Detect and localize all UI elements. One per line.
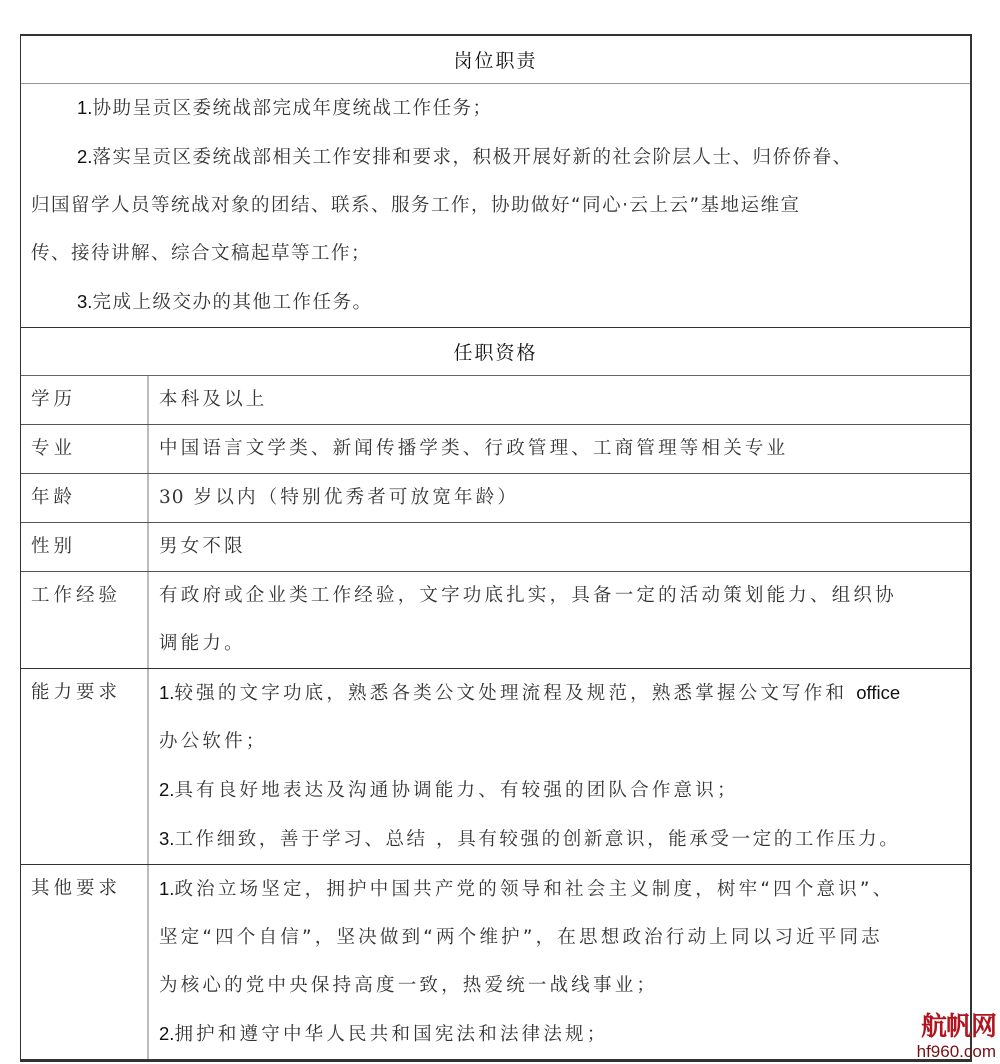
watermark-logo-text: 航帆网: [910, 1012, 996, 1042]
row-label: 专业: [21, 425, 149, 473]
row-label: 其他要求: [21, 865, 149, 1059]
duty-item-2-cont-1: 归国留学人员等统战对象的团结、联系、服务工作，协助做好“同心·云上云”基地运维宣: [31, 182, 960, 230]
other-item-2: 2.拥护和遵守中华人民共和国宪法和法律法规；: [159, 1010, 966, 1059]
row-value: 中国语言文学类、新闻传播学类、行政管理、工商管理等相关专业: [149, 425, 970, 473]
duty-item-3: 3.完成上级交办的其他工作任务。: [31, 278, 960, 327]
row-value: 有政府或企业类工作经验，文字功底扎实，具备一定的活动策划能力、组织协 调能力。: [149, 572, 970, 668]
row-value: 1.政治立场坚定，拥护中国共产党的领导和社会主义制度，树牢“四个意识”、 坚定“…: [149, 865, 970, 1059]
duty-item-2: 2.落实呈贡区委统战部相关工作安排和要求，积极开展好新的社会阶层人士、归侨侨眷、: [31, 133, 960, 182]
row-label: 年龄: [21, 474, 149, 522]
row-label: 能力要求: [21, 669, 149, 864]
watermark-domain: hf960.com: [910, 1042, 996, 1062]
other-item-1-cont-2: 为核心的党中央保持高度一致，热爱统一战线事业；: [159, 962, 966, 1010]
qualification-row-age: 年龄 30 岁以内（特别优秀者可放宽年龄）: [21, 474, 970, 523]
duties-title: 岗位职责: [453, 46, 537, 73]
ability-item-1-cont: 办公软件；: [159, 718, 966, 766]
row-value: 男女不限: [149, 523, 970, 571]
qualification-row-experience: 工作经验 有政府或企业类工作经验，文字功底扎实，具备一定的活动策划能力、组织协 …: [21, 572, 970, 669]
ability-item-1: 1.较强的文字功底，熟悉各类公文处理流程及规范，熟悉掌握公文写作和 office: [159, 669, 966, 718]
row-label: 学历: [21, 376, 149, 424]
section-header-qualifications: 任职资格: [21, 328, 970, 376]
other-item-1: 1.政治立场坚定，拥护中国共产党的领导和社会主义制度，树牢“四个意识”、: [159, 865, 966, 914]
row-value: 30 岁以内（特别优秀者可放宽年龄）: [149, 474, 970, 522]
qualification-row-abilities: 能力要求 1.较强的文字功底，熟悉各类公文处理流程及规范，熟悉掌握公文写作和 o…: [21, 669, 970, 865]
job-description-table: 岗位职责 1.协助呈贡区委统战部完成年度统战工作任务； 2.落实呈贡区委统战部相…: [20, 34, 972, 1062]
duties-content: 1.协助呈贡区委统战部完成年度统战工作任务； 2.落实呈贡区委统战部相关工作安排…: [21, 84, 970, 328]
ability-item-2: 2.具有良好地表达及沟通协调能力、有较强的团队合作意识；: [159, 766, 966, 815]
row-value: 本科及以上: [149, 376, 970, 424]
row-label: 性别: [21, 523, 149, 571]
site-watermark: 航帆网 hf960.com: [910, 1012, 996, 1062]
ability-item-3: 3.工作细致，善于学习、总结 ，具有较强的创新意识，能承受一定的工作压力。: [159, 815, 966, 864]
duty-item-1: 1.协助呈贡区委统战部完成年度统战工作任务；: [31, 84, 960, 133]
section-header-duties: 岗位职责: [21, 36, 970, 84]
other-item-1-cont-1: 坚定“四个自信”，坚决做到“两个维护”，在思想政治行动上同以习近平同志: [159, 914, 966, 962]
qualification-row-other: 其他要求 1.政治立场坚定，拥护中国共产党的领导和社会主义制度，树牢“四个意识”…: [21, 865, 970, 1061]
row-value: 1.较强的文字功底，熟悉各类公文处理流程及规范，熟悉掌握公文写作和 office…: [149, 669, 970, 864]
duty-item-2-cont-2: 传、接待讲解、综合文稿起草等工作；: [31, 230, 960, 278]
qualification-row-education: 学历 本科及以上: [21, 376, 970, 425]
row-label: 工作经验: [21, 572, 149, 668]
qualifications-title: 任职资格: [453, 338, 537, 365]
qualification-row-major: 专业 中国语言文学类、新闻传播学类、行政管理、工商管理等相关专业: [21, 425, 970, 474]
qualification-row-gender: 性别 男女不限: [21, 523, 970, 572]
